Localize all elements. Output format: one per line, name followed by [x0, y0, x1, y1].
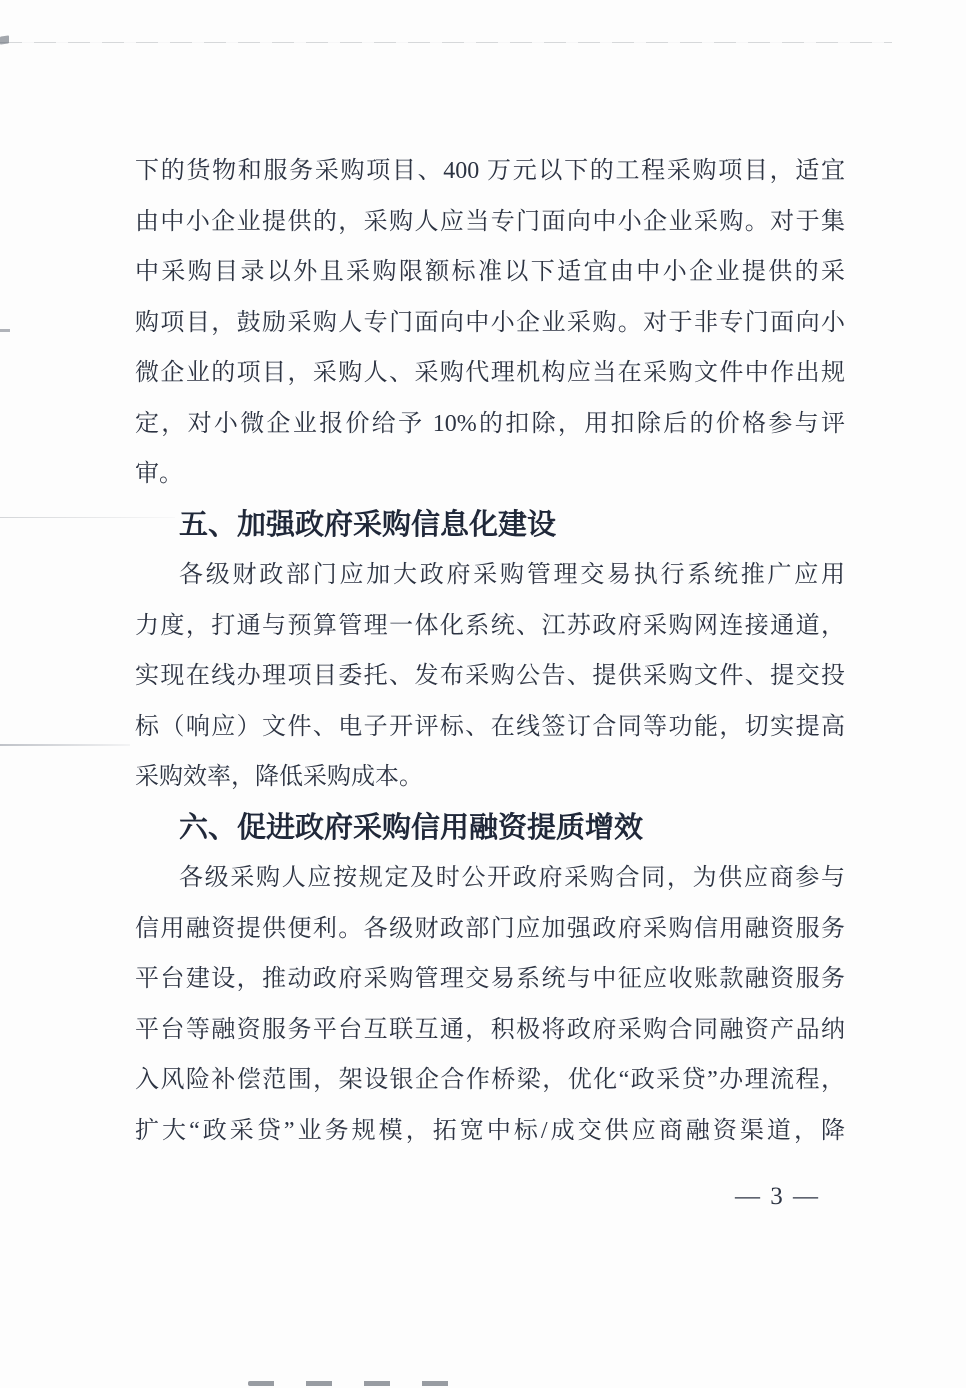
text-line: 信用融资提供便利。各级财政部门应加强政府采购信用融资服务: [135, 904, 845, 955]
scan-artifact-top-line: [0, 42, 892, 43]
text-line: 各级采购人应按规定及时公开政府采购合同，为供应商参与: [135, 853, 845, 904]
document-lines: 下的货物和服务采购项目、400 万元以下的工程采购项目，适宜由中小企业提供的，采…: [135, 146, 845, 1156]
text-line: 各级财政部门应加大政府采购管理交易执行系统推广应用: [135, 550, 845, 601]
text-line: 中采购目录以外且采购限额标准以下适宜由中小企业提供的采: [135, 247, 845, 298]
text-line: 采购效率，降低采购成本。: [135, 752, 845, 803]
text-line: 实现在线办理项目委托、发布采购公告、提供采购文件、提交投: [135, 651, 845, 702]
text-line: 力度，打通与预算管理一体化系统、江苏政府采购网连接通道，: [135, 601, 845, 652]
scanned-document-page: 下的货物和服务采购项目、400 万元以下的工程采购项目，适宜由中小企业提供的，采…: [0, 0, 966, 1388]
text-line: 平台建设，推动政府采购管理交易系统与中征应收账款融资服务: [135, 954, 845, 1005]
text-line: 购项目，鼓励采购人专门面向中小企业采购。对于非专门面向小: [135, 298, 845, 349]
scan-artifact-left-dash: [0, 329, 10, 332]
text-line: 审。: [135, 449, 845, 500]
scan-artifact-mid-line-2: [0, 744, 130, 746]
scan-artifact-topleft-mark: [0, 35, 9, 44]
text-line: 定，对小微企业报价给予 10%的扣除，用扣除后的价格参与评: [135, 399, 845, 450]
page-number: — 3 —: [735, 1172, 820, 1222]
section-heading: 五、加强政府采购信息化建设: [135, 500, 845, 551]
text-line: 平台等融资服务平台互联互通，积极将政府采购合同融资产品纳: [135, 1005, 845, 1056]
text-line: 下的货物和服务采购项目、400 万元以下的工程采购项目，适宜: [135, 146, 845, 197]
text-line: 标（响应）文件、电子开评标、在线签订合同等功能，切实提高: [135, 702, 845, 753]
text-line: 微企业的项目，采购人、采购代理机构应当在采购文件中作出规: [135, 348, 845, 399]
text-line: 扩大“政采贷”业务规模，拓宽中标/成交供应商融资渠道，降: [135, 1106, 845, 1157]
section-heading: 六、促进政府采购信用融资提质增效: [135, 803, 845, 854]
text-line: 由中小企业提供的，采购人应当专门面向中小企业采购。对于集: [135, 197, 845, 248]
text-line: 入风险补偿范围，架设银企合作桥梁，优化“政采贷”办理流程，: [135, 1055, 845, 1106]
scan-artifact-bottom-marks: [248, 1381, 463, 1386]
